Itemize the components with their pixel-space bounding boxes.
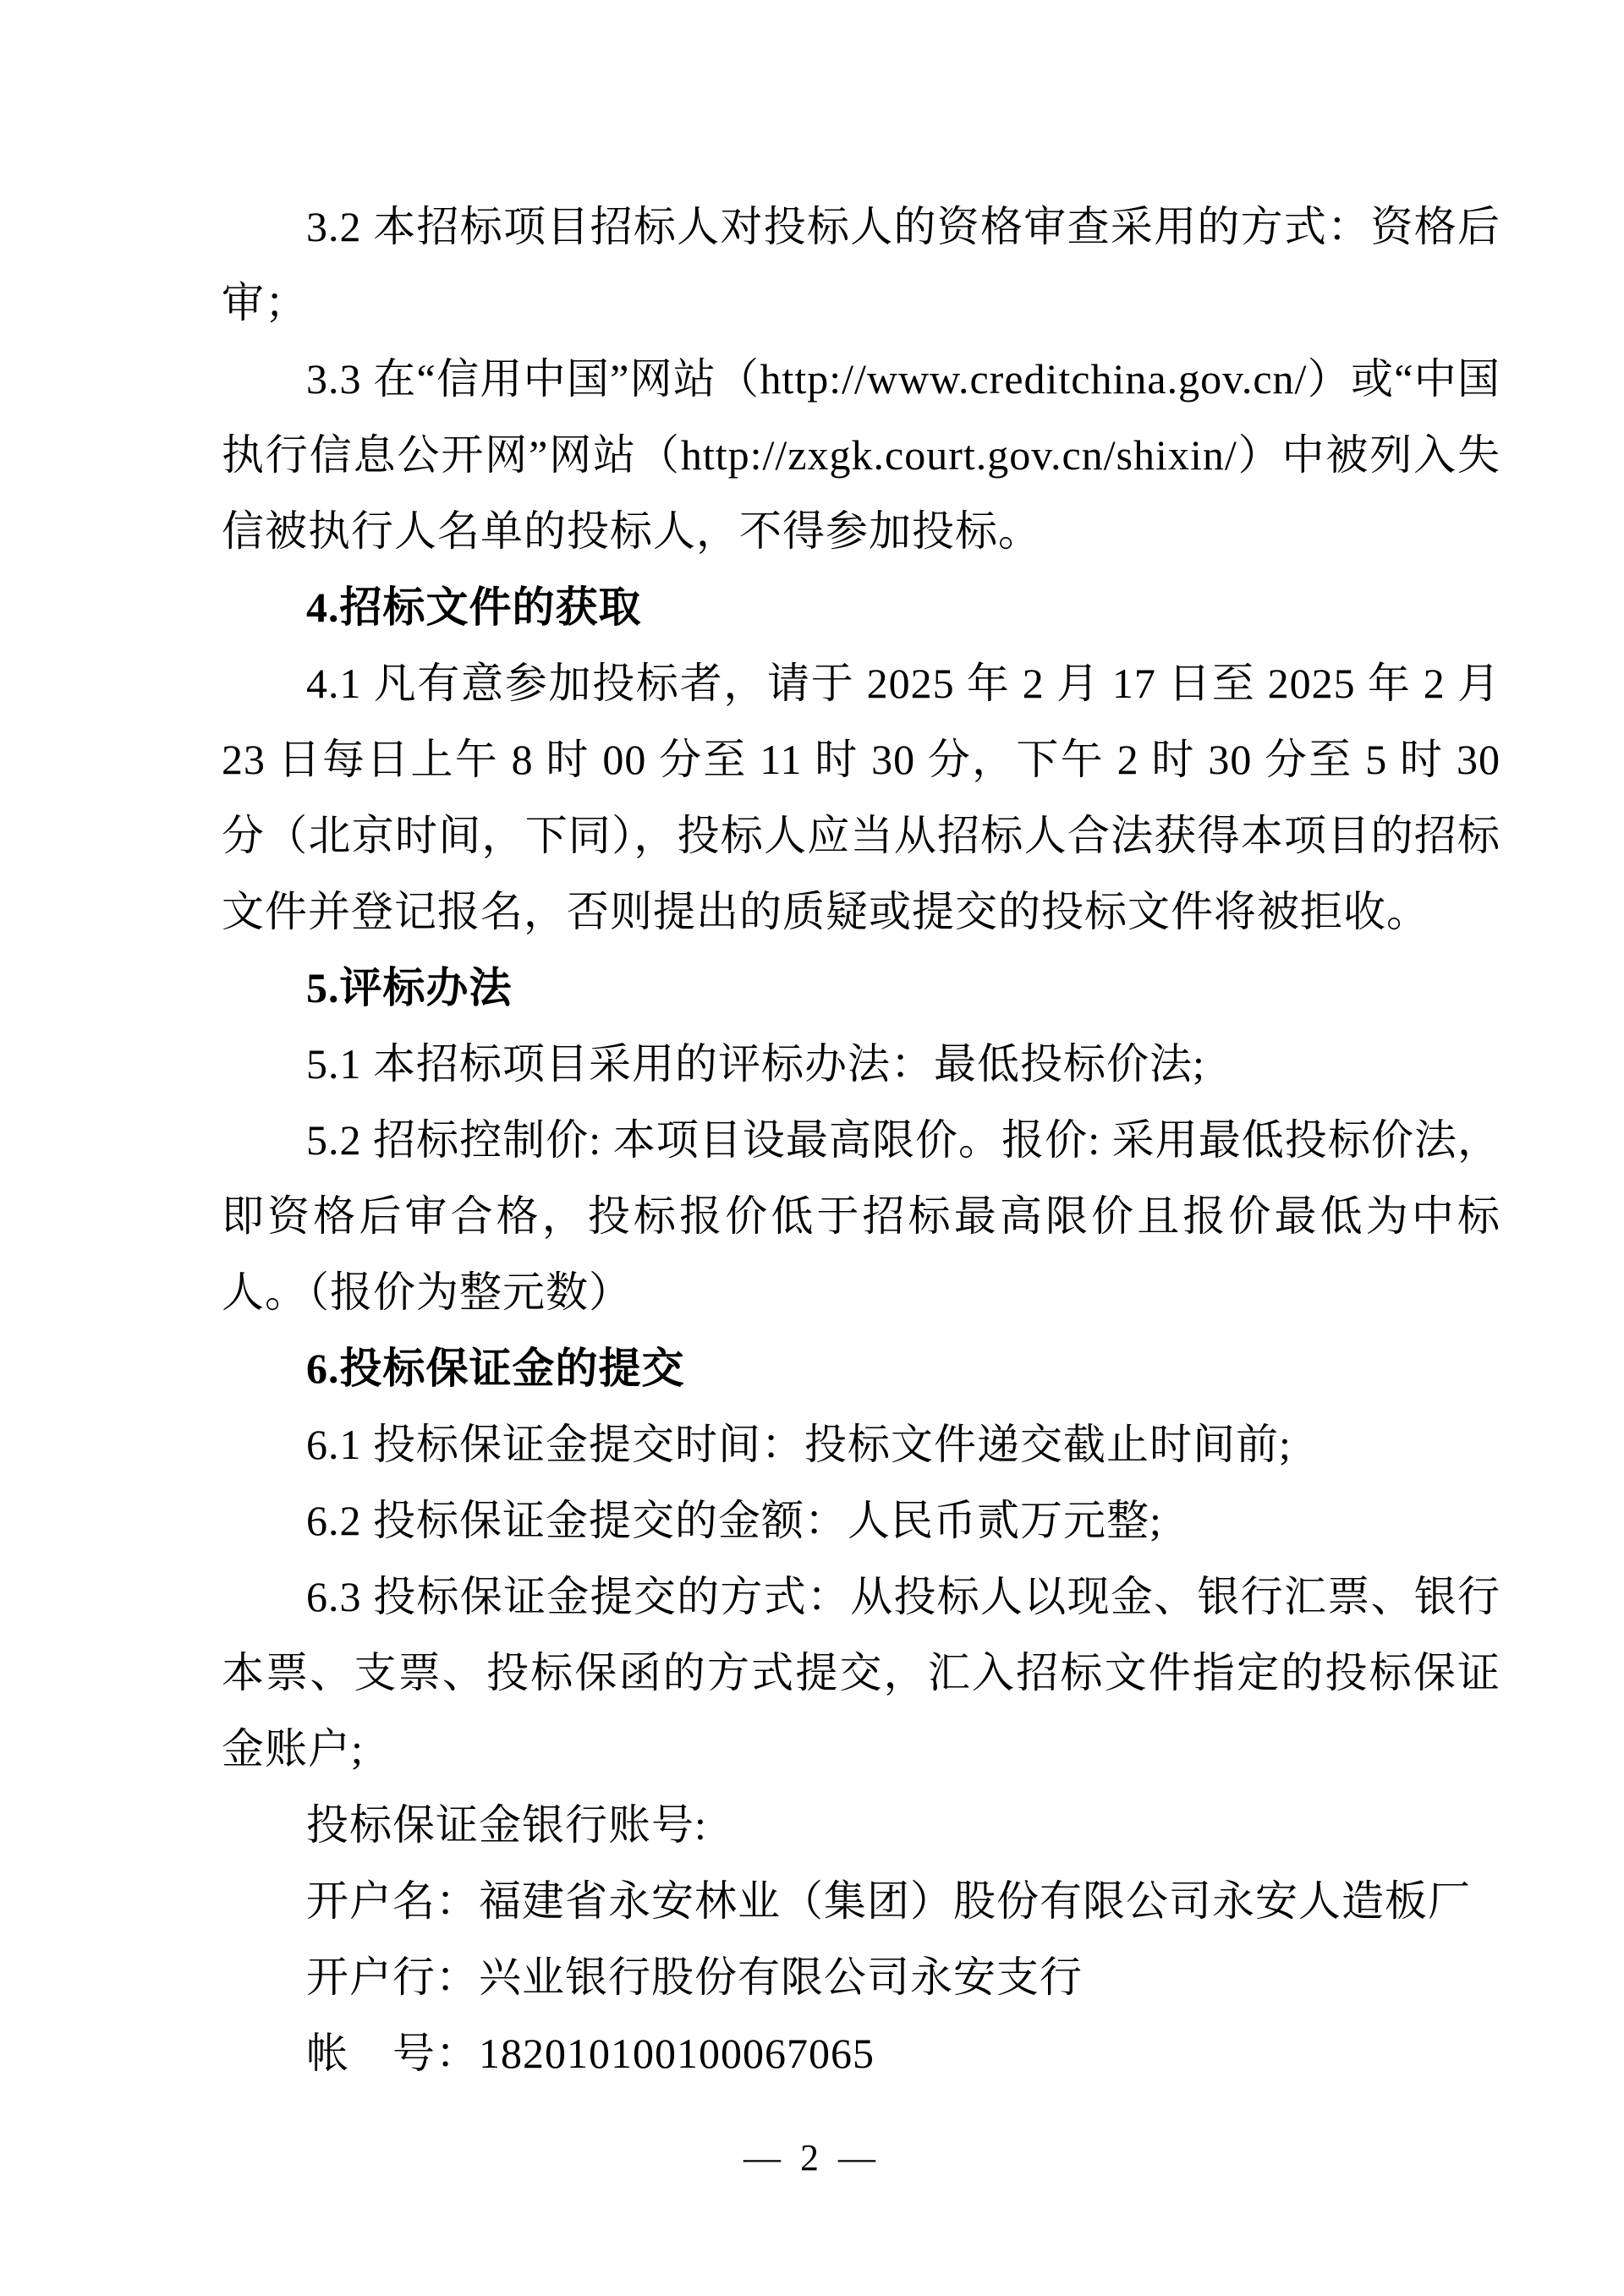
paragraph-3-2: 3.2 本招标项目招标人对投标人的资格审查采用的方式：资格后审；: [222, 189, 1501, 341]
section-heading-6: 6.投标保证金的提交: [222, 1330, 1501, 1406]
paragraph-6-1: 6.1 投标保证金提交时间：投标文件递交截止时间前;: [222, 1406, 1501, 1482]
paragraph-5-1: 5.1 本招标项目采用的评标办法：最低投标价法;: [222, 1026, 1501, 1102]
page-number: — 2 —: [0, 2133, 1624, 2184]
paragraph-6-2: 6.2 投标保证金提交的金额：人民币贰万元整;: [222, 1482, 1501, 1559]
paragraph-3-3: 3.3 在“信用中国”网站（http://www.creditchina.gov…: [222, 341, 1501, 569]
paragraph-5-2: 5.2 招标控制价: 本项目设最高限价。报价: 采用最低投标价法，即资格后审合格…: [222, 1102, 1501, 1330]
paragraph-account-number: 帐 号：182010100100067065: [222, 2015, 1501, 2091]
paragraph-account-bank: 开户行：兴业银行股份有限公司永安支行: [222, 1939, 1501, 2015]
paragraph-4-1: 4.1 凡有意参加投标者，请于 2025 年 2 月 17 日至 2025 年 …: [222, 645, 1501, 950]
document-page: 3.2 本招标项目招标人对投标人的资格审查采用的方式：资格后审； 3.3 在“信…: [0, 0, 1624, 2296]
document-body: 3.2 本招标项目招标人对投标人的资格审查采用的方式：资格后审； 3.3 在“信…: [222, 189, 1501, 2091]
paragraph-account-name: 开户名：福建省永安林业（集团）股份有限公司永安人造板厂: [222, 1863, 1501, 1939]
paragraph-6-3: 6.3 投标保证金提交的方式：从投标人以现金、银行汇票、银行本票、支票、投标保函…: [222, 1559, 1501, 1787]
section-heading-5: 5.评标办法: [222, 950, 1501, 1026]
section-heading-4: 4.招标文件的获取: [222, 569, 1501, 645]
paragraph-bank-account-intro: 投标保证金银行账号:: [222, 1787, 1501, 1863]
